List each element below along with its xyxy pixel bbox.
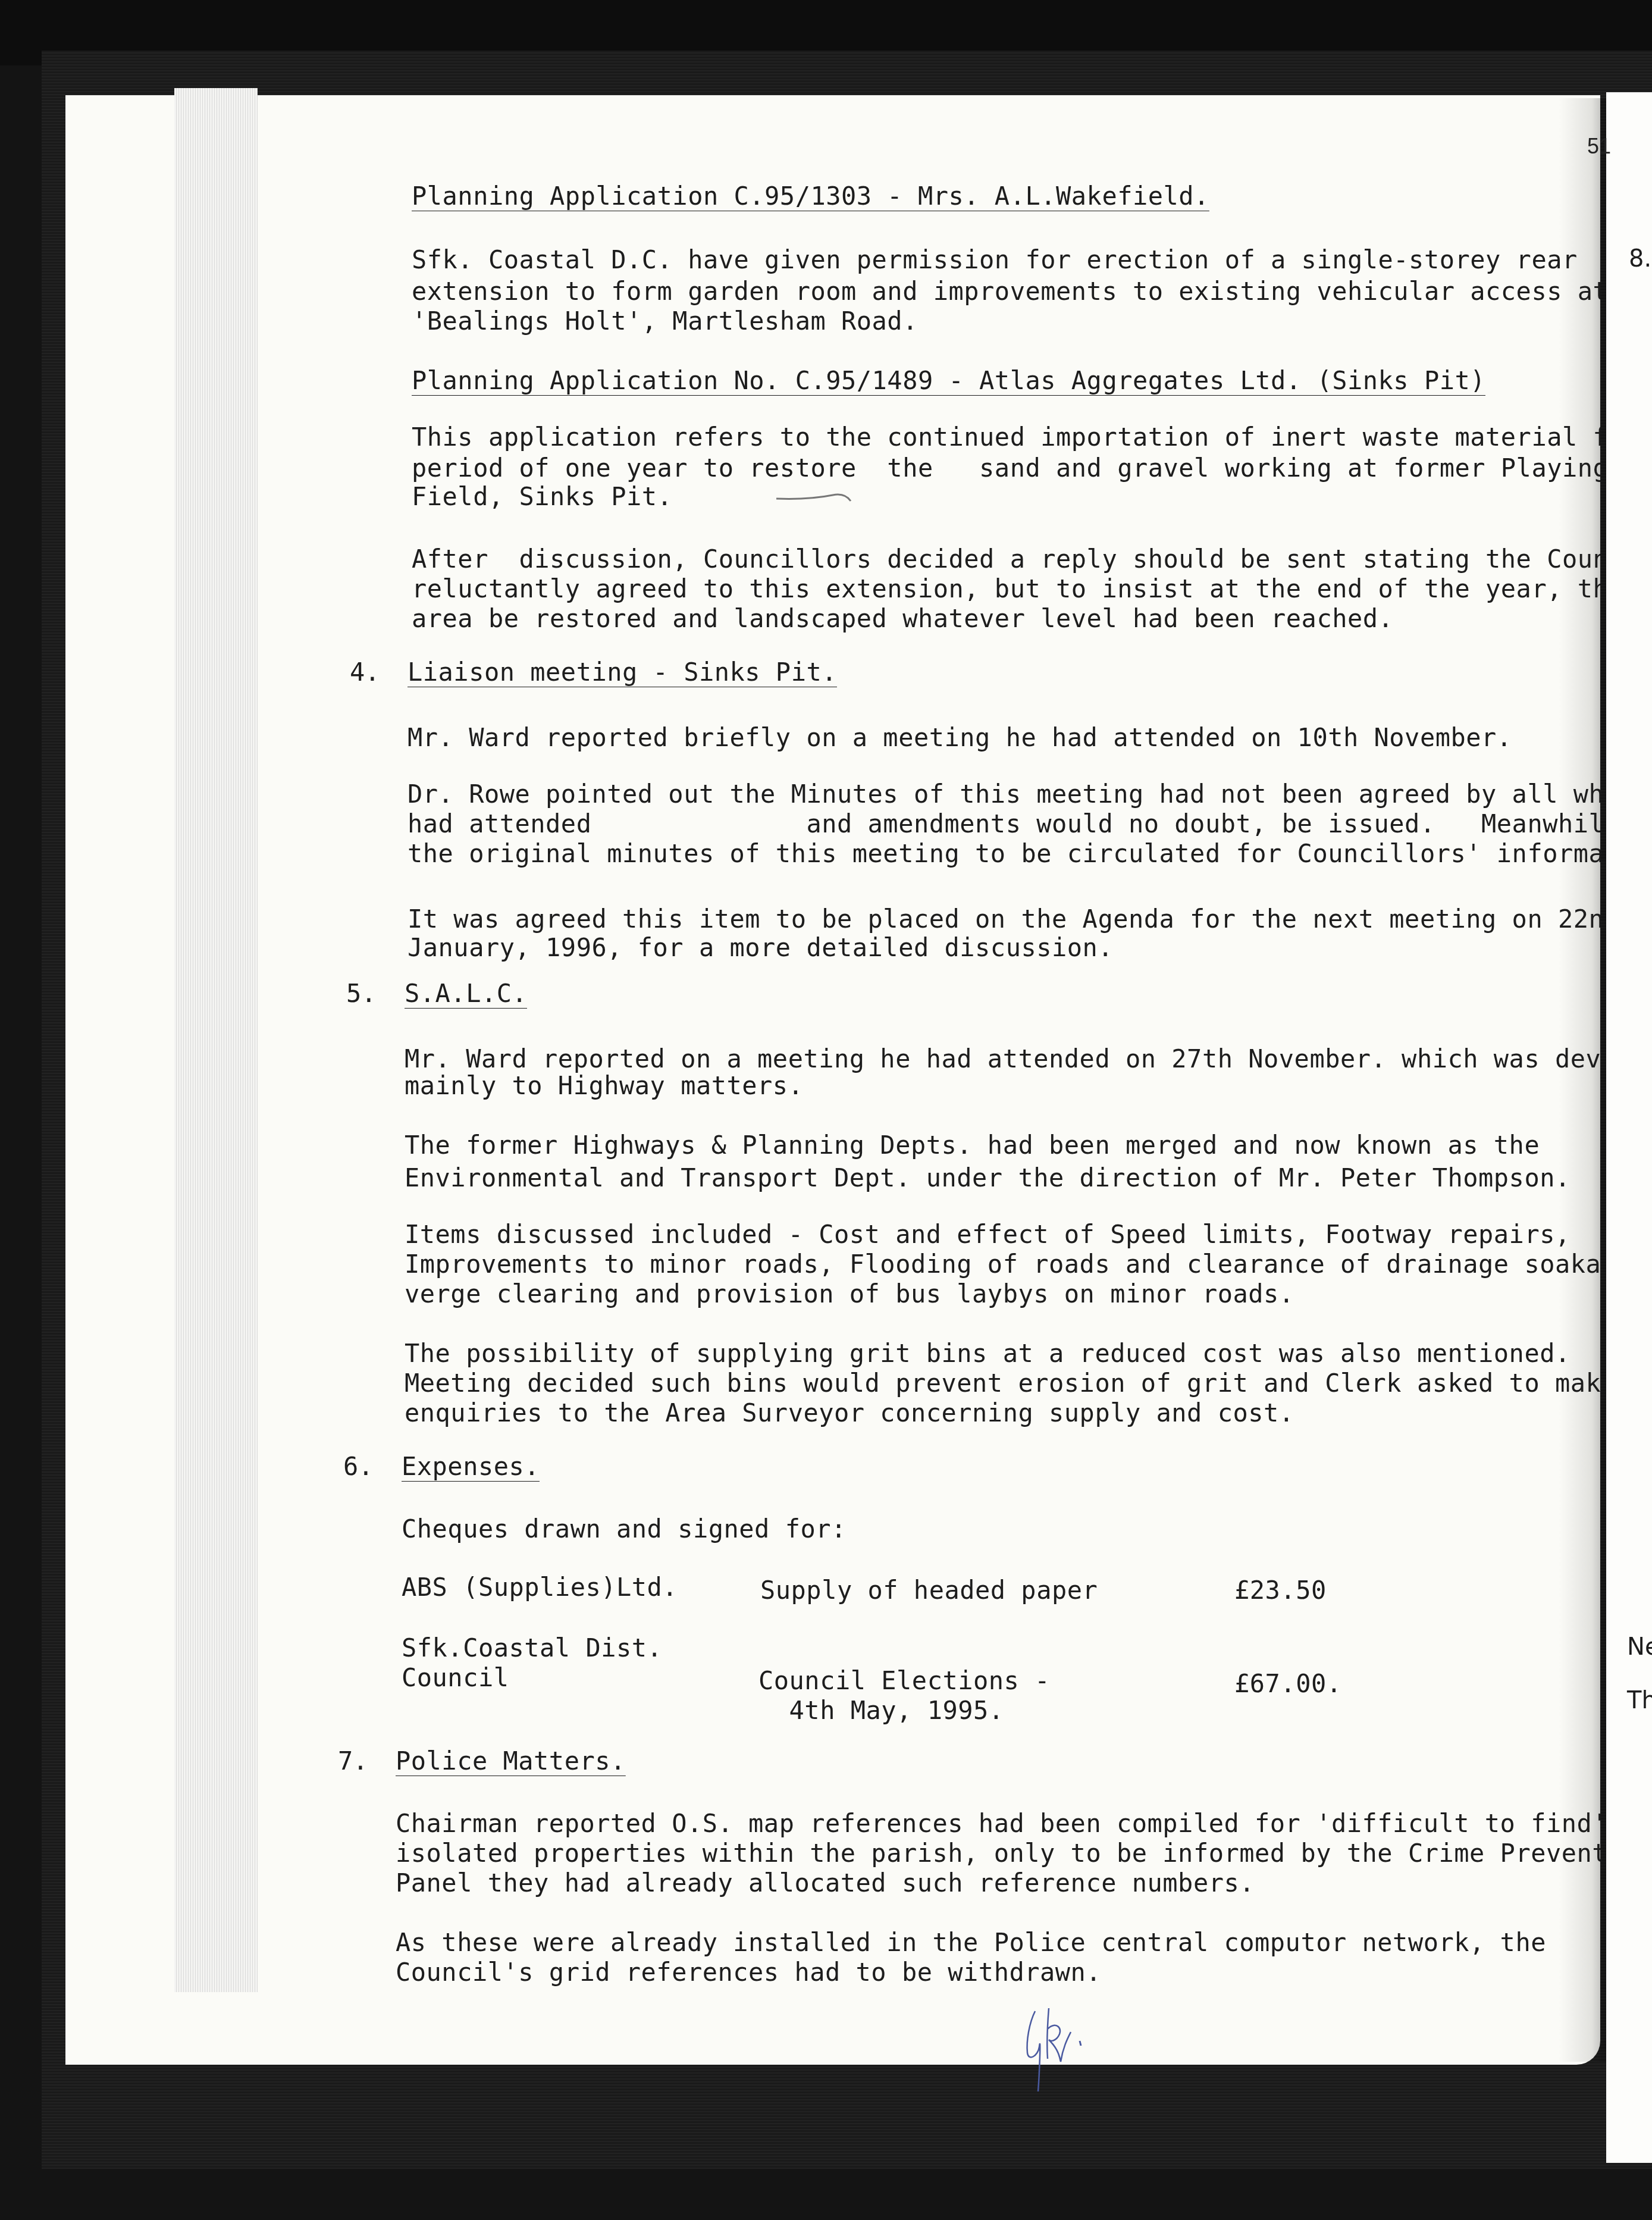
paragraph-line: mainly to Highway matters. — [405, 1071, 803, 1101]
paragraph-line: area be restored and landscaped whatever… — [412, 604, 1393, 634]
cheque-description: Council Elections - — [758, 1666, 1050, 1696]
paragraph-line: verge clearing and provision of bus layb… — [405, 1279, 1294, 1309]
item-number: 7. — [338, 1746, 368, 1776]
item-number: 4. — [350, 657, 380, 687]
paragraph-line: January, 1996, for a more detailed discu… — [407, 933, 1113, 963]
pencil-mark — [773, 488, 857, 506]
page-number: 51 — [1587, 134, 1611, 159]
paragraph-line: Chairman reported O.S. map references ha… — [396, 1809, 1600, 1839]
paragraph-line: Environmental and Transport Dept. under … — [405, 1163, 1571, 1193]
paragraph-line: the original minutes of this meeting to … — [407, 839, 1600, 869]
paragraph-line: This application refers to the continued… — [412, 422, 1600, 452]
section-heading-expenses: Expenses. — [402, 1452, 540, 1482]
section-heading-liaison: Liaison meeting - Sinks Pit. — [407, 657, 837, 687]
paragraph-line: As these were already installed in the P… — [396, 1928, 1546, 1958]
cheque-payee: Sfk.Coastal Dist. — [402, 1633, 662, 1663]
cheque-amount: £23.50 — [1234, 1576, 1327, 1605]
paragraph-line: The possibility of supplying grit bins a… — [405, 1339, 1571, 1369]
cheques-intro: Cheques drawn and signed for: — [402, 1514, 847, 1544]
paragraph-line: 'Bealings Holt', Martlesham Road. — [412, 306, 918, 336]
paragraph-line: Improvements to minor roads, Flooding of… — [405, 1250, 1600, 1279]
paragraph-line: period of one year to restore the sand a… — [412, 453, 1600, 483]
section-heading-police: Police Matters. — [396, 1746, 626, 1776]
paragraph-line: Panel they had already allocated such re… — [396, 1868, 1255, 1898]
paragraph-line: had attended and amendments would no dou… — [407, 809, 1600, 839]
adjacent-page-fragment: 8. — [1629, 245, 1651, 273]
paragraph-line: Mr. Ward reported briefly on a meeting h… — [407, 723, 1512, 753]
paragraph-line: extension to form garden room and improv… — [412, 277, 1600, 306]
adjacent-page — [1606, 92, 1652, 2163]
cheque-description: 4th May, 1995. — [758, 1696, 1004, 1726]
section-heading-salc: S.A.L.C. — [405, 979, 527, 1009]
cheque-description: Supply of headed paper — [760, 1576, 1098, 1605]
paragraph-line: Dr. Rowe pointed out the Minutes of this… — [407, 779, 1600, 809]
paragraph-line: Meeting decided such bins would prevent … — [405, 1369, 1600, 1398]
paragraph-line: reluctantly agreed to this extension, bu… — [412, 574, 1600, 604]
adjacent-page-fragment: Ne — [1627, 1633, 1652, 1661]
section-heading-planning-1303: Planning Application C.95/1303 - Mrs. A.… — [412, 181, 1209, 211]
paragraph-line: Items discussed included - Cost and effe… — [405, 1220, 1571, 1250]
adjacent-page-fragment: Th — [1627, 1687, 1652, 1714]
paragraph-line: Council's grid references had to be with… — [396, 1958, 1101, 1987]
cheque-amount: £67.00. — [1234, 1669, 1342, 1699]
paragraph-line: It was agreed this item to be placed on … — [407, 904, 1600, 934]
signature-initials — [1020, 2005, 1092, 2094]
cheque-payee: Council — [402, 1663, 509, 1693]
paragraph-line: isolated properties within the parish, o… — [396, 1839, 1600, 1868]
item-number: 6. — [343, 1452, 374, 1481]
paragraph-line: enquiries to the Area Surveyor concernin… — [405, 1398, 1294, 1428]
cheque-payee: ABS (Supplies)Ltd. — [402, 1573, 678, 1602]
item-number: 5. — [346, 979, 377, 1008]
paragraph-line: The former Highways & Planning Depts. ha… — [405, 1131, 1540, 1160]
page-curl-shadow — [1559, 98, 1606, 2062]
paragraph-line: Sfk. Coastal D.C. have given permission … — [412, 245, 1578, 275]
paragraph-line: After discussion, Councillors decided a … — [412, 544, 1600, 574]
paragraph-line: Field, Sinks Pit. — [412, 482, 672, 512]
paragraph-line: Mr. Ward reported on a meeting he had at… — [405, 1044, 1600, 1074]
page-stack-edges — [174, 88, 258, 1992]
section-heading-planning-1489: Planning Application No. C.95/1489 - Atl… — [412, 366, 1485, 396]
